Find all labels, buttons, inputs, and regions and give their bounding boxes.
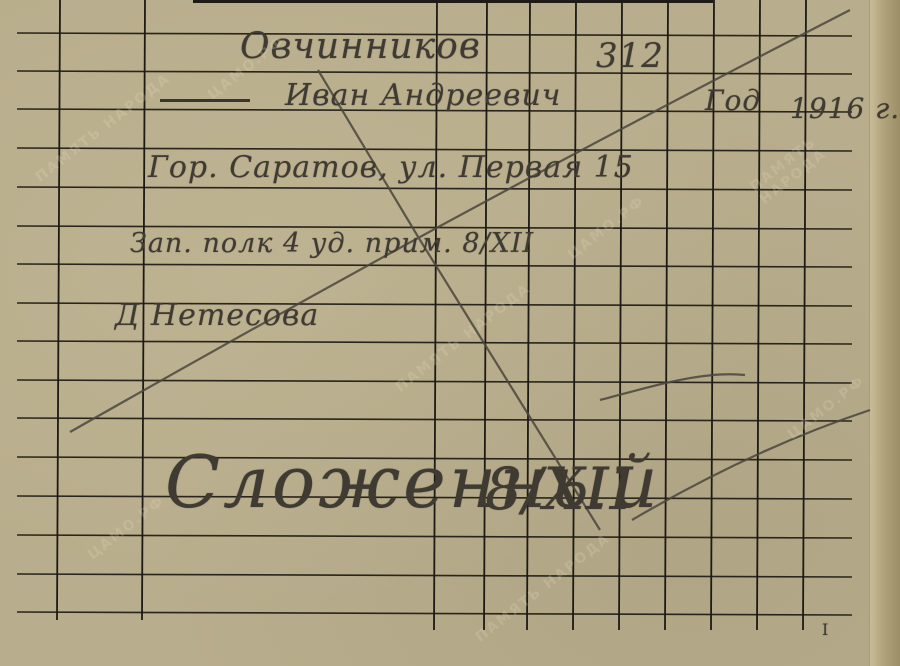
surname-text: Овчинников <box>240 26 481 67</box>
year-label: Год <box>705 84 761 117</box>
birth-year: 1916 г. <box>790 92 900 125</box>
strike-through-mark <box>160 99 250 102</box>
corner-mark: I <box>822 620 829 639</box>
signature-underline <box>632 410 870 520</box>
address-text: Гор. Саратов, ул. Первая 15 <box>148 150 634 185</box>
name-patronymic-text: Иван Андреевич <box>285 78 561 113</box>
relative-text: Д Нетесова <box>115 298 319 333</box>
signature-stroke <box>600 374 745 400</box>
signature-date: 8/XII <box>485 455 634 523</box>
unit-text: Зап. полк 4 уд. прим. 8/XII <box>130 228 534 259</box>
record-number: 312 <box>596 36 664 76</box>
